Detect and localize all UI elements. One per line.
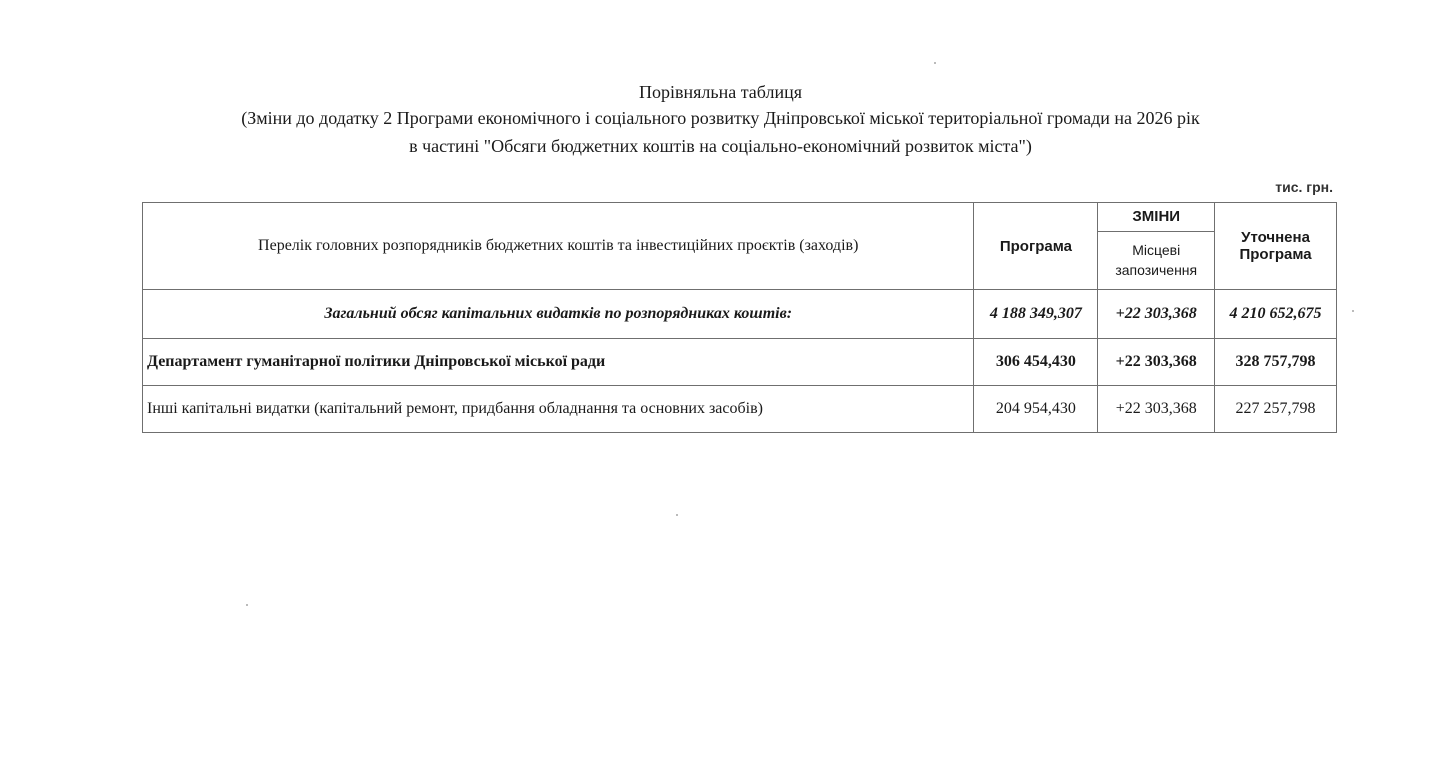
table-row-department: Департамент гуманітарної політики Дніпро… <box>143 339 1337 386</box>
header-local-borrowing: Місцеві запозичення <box>1098 231 1215 289</box>
header-list: Перелік головних розпорядників бюджетних… <box>143 203 974 290</box>
comparison-table: Перелік головних розпорядників бюджетних… <box>142 202 1337 433</box>
units-label: тис. грн. <box>1275 179 1333 195</box>
header-program: Програма <box>974 203 1098 290</box>
document-subtitle-line1: (Зміни до додатку 2 Програми економічног… <box>0 106 1441 130</box>
row-program: 204 954,430 <box>974 386 1098 433</box>
scan-speck <box>676 514 678 516</box>
row-change: +22 303,368 <box>1098 290 1215 339</box>
row-name: Інші капітальні видатки (капітальний рем… <box>143 386 974 433</box>
row-change: +22 303,368 <box>1098 339 1215 386</box>
row-program: 4 188 349,307 <box>974 290 1098 339</box>
row-change: +22 303,368 <box>1098 386 1215 433</box>
table-row-other-expenses: Інші капітальні видатки (капітальний рем… <box>143 386 1337 433</box>
header-changes: ЗМІНИ <box>1098 203 1215 232</box>
header-refined-program: Уточнена Програма <box>1215 203 1337 290</box>
scan-speck <box>246 604 248 606</box>
table-row-total: Загальний обсяг капітальних видатків по … <box>143 290 1337 339</box>
row-name: Загальний обсяг капітальних видатків по … <box>143 290 974 339</box>
row-refined: 328 757,798 <box>1215 339 1337 386</box>
row-program: 306 454,430 <box>974 339 1098 386</box>
document-title: Порівняльна таблиця <box>0 80 1441 104</box>
header-row: Перелік головних розпорядників бюджетних… <box>143 203 1337 232</box>
scan-speck <box>934 62 936 64</box>
document-subtitle-line2: в частині "Обсяги бюджетних коштів на со… <box>0 134 1441 158</box>
row-name: Департамент гуманітарної політики Дніпро… <box>143 339 974 386</box>
row-refined: 4 210 652,675 <box>1215 290 1337 339</box>
scan-speck <box>1352 310 1354 312</box>
row-refined: 227 257,798 <box>1215 386 1337 433</box>
